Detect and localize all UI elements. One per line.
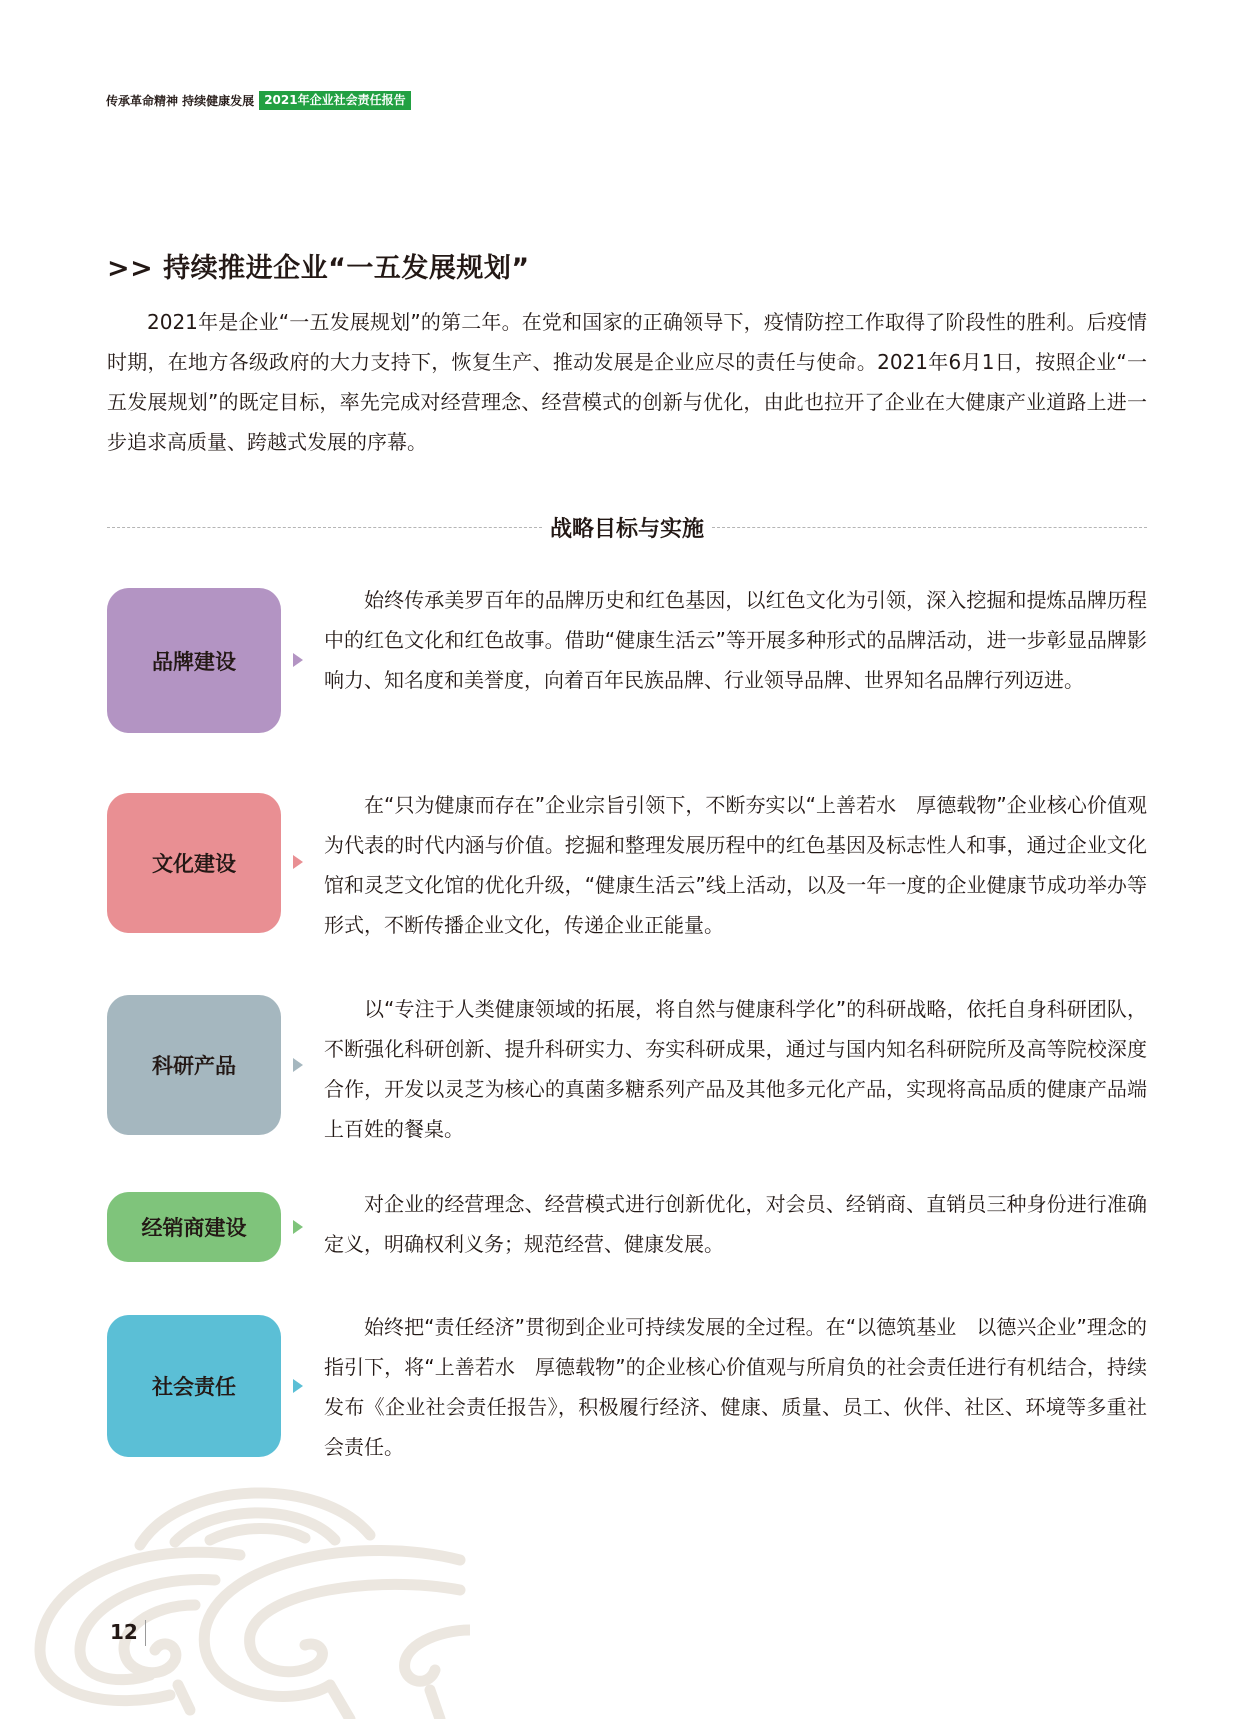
triangle-right-icon bbox=[293, 855, 303, 869]
distributor-description: 对企业的经营理念、经营模式进行创新优化，对会员、经销商、直销员三种身份进行准确定… bbox=[324, 1184, 1147, 1264]
strategy-item-research: 科研产品 以“专注于人类健康领域的拓展，将自然与健康科学化”的科研战略，依托自身… bbox=[107, 995, 1147, 1135]
social-responsibility-description: 始终把“责任经济”贯彻到企业可持续发展的全过程。在“以德筑基业 以德兴企业”理念… bbox=[324, 1307, 1147, 1467]
triangle-right-icon bbox=[293, 1379, 303, 1393]
research-label-box: 科研产品 bbox=[107, 995, 281, 1135]
dashed-line-left bbox=[107, 527, 542, 528]
triangle-right-icon bbox=[293, 653, 303, 667]
section-title: >> 持续推进企业“一五发展规划” bbox=[107, 246, 530, 285]
triangle-right-icon bbox=[293, 1220, 303, 1234]
culture-label-box: 文化建设 bbox=[107, 793, 281, 933]
brand-label: 品牌建设 bbox=[152, 646, 236, 676]
triangle-right-icon bbox=[293, 1058, 303, 1072]
distributor-label: 经销商建设 bbox=[142, 1212, 247, 1242]
brand-description: 始终传承美罗百年的品牌历史和红色基因，以红色文化为引领，深入挖掘和提炼品牌历程中… bbox=[324, 580, 1147, 700]
research-description: 以“专注于人类健康领域的拓展，将自然与健康科学化”的科研战略，依托自身科研团队，… bbox=[324, 989, 1147, 1149]
intro-paragraph: 2021年是企业“一五发展规划”的第二年。在党和国家的正确领导下，疫情防控工作取… bbox=[107, 302, 1147, 462]
culture-label: 文化建设 bbox=[152, 848, 236, 878]
research-label: 科研产品 bbox=[152, 1050, 236, 1080]
report-title-tag: 2021年企业社会责任报告 bbox=[259, 91, 410, 110]
social-responsibility-label: 社会责任 bbox=[152, 1371, 236, 1401]
strategy-divider: 战略目标与实施 bbox=[107, 512, 1147, 542]
dashed-line-right bbox=[712, 527, 1147, 528]
running-header: 传承革命精神 持续健康发展 2021年企业社会责任报告 bbox=[106, 91, 411, 109]
intro-text: 2021年是企业“一五发展规划”的第二年。在党和国家的正确领导下，疫情防控工作取… bbox=[107, 302, 1147, 462]
page-number-divider bbox=[145, 1620, 146, 1646]
strategy-item-social-responsibility: 社会责任 始终把“责任经济”贯彻到企业可持续发展的全过程。在“以德筑基业 以德兴… bbox=[107, 1315, 1147, 1457]
strategy-item-culture: 文化建设 在“只为健康而存在”企业宗旨引领下，不断夯实以“上善若水 厚德载物”企… bbox=[107, 793, 1147, 933]
strategy-item-brand: 品牌建设 始终传承美罗百年的品牌历史和红色基因，以红色文化为引领，深入挖掘和提炼… bbox=[107, 588, 1147, 738]
strategy-heading: 战略目标与实施 bbox=[542, 512, 712, 543]
auspicious-cloud-watermark-icon bbox=[0, 1480, 470, 1719]
brand-label-box: 品牌建设 bbox=[107, 588, 281, 733]
distributor-label-box: 经销商建设 bbox=[107, 1192, 281, 1262]
header-slogan: 传承革命精神 持续健康发展 bbox=[106, 92, 254, 109]
page-number: 12 bbox=[110, 1620, 138, 1644]
culture-description: 在“只为健康而存在”企业宗旨引领下，不断夯实以“上善若水 厚德载物”企业核心价值… bbox=[324, 785, 1147, 945]
social-responsibility-label-box: 社会责任 bbox=[107, 1315, 281, 1457]
strategy-item-distributor: 经销商建设 对企业的经营理念、经营模式进行创新优化，对会员、经销商、直销员三种身… bbox=[107, 1192, 1147, 1262]
